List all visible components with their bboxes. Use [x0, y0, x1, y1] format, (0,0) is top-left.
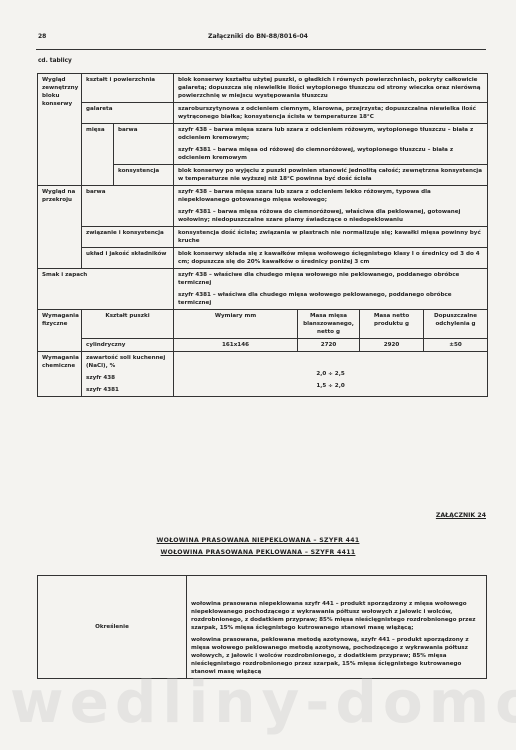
- column-header: Wymiary mm: [174, 310, 298, 339]
- row-label: Wymagania fizyczne: [38, 310, 82, 352]
- sub-label: galareta: [82, 103, 174, 124]
- value: 2,0 ÷ 2,5: [178, 370, 483, 378]
- header-rule: [36, 49, 486, 50]
- parameter-label: zawartość soli kuchennej (NaCl), %: [86, 354, 169, 370]
- description-cell: blok konserwy składa się z kawałków mięs…: [174, 248, 488, 269]
- sub-label: kształt i powierzchnia: [82, 74, 174, 103]
- paragraph: szyfr 438 – barwa mięsa szara lub szara …: [178, 188, 483, 204]
- continuation-label: cd. tablicy: [38, 58, 72, 64]
- table-cell: zawartość soli kuchennej (NaCl), % szyfr…: [82, 352, 174, 397]
- code-label: szyfr 4381: [86, 386, 169, 394]
- table-row: Smak i zapach szyfr 438 – właściwe dla c…: [38, 269, 488, 310]
- description-cell: wołowina prasowana niepeklowana szyfr 44…: [187, 576, 487, 679]
- sub-sub-label: barwa: [114, 124, 174, 165]
- row-label: Wygląd zewnętrzny bloku konserwy: [38, 74, 82, 186]
- row-label: Wygląd na przekroju: [38, 186, 82, 269]
- table-row: Określenie wołowina prasowana niepeklowa…: [38, 576, 487, 679]
- column-header: Masa mięsa blanszowanego, netto g: [298, 310, 360, 339]
- annex-label: ZAŁĄCZNIK 24: [436, 512, 486, 519]
- description-cell: szyfr 438 – właściwe dla chudego mięsa w…: [174, 269, 488, 310]
- sub-label: układ i jakość składników: [82, 248, 174, 269]
- sub-label: barwa: [82, 186, 174, 227]
- table-row: Wymagania fizyczne Kształt puszki Wymiar…: [38, 310, 488, 339]
- paragraph: szyfr 438 – właściwe dla chudego mięsa w…: [178, 271, 483, 287]
- paragraph: szyfr 438 – barwa mięsa szara lub szara …: [178, 126, 483, 142]
- running-title: Załączniki do BN-88/8016-04: [0, 33, 516, 40]
- table-row: mięsa barwa szyfr 438 – barwa mięsa szar…: [38, 124, 488, 165]
- description-cell: blok konserwy po wyjęciu z puszki powini…: [174, 165, 488, 186]
- description-cell: blok konserwy kształtu użytej puszki, o …: [174, 74, 488, 103]
- table-row: układ i jakość składników blok konserwy …: [38, 248, 488, 269]
- row-label: Wymagania chemiczne: [38, 352, 82, 397]
- table-row: galareta szaroburszytynowa z odcieniem c…: [38, 103, 488, 124]
- paragraph: szyfr 4381 – barwa mięsa różowa do ciemn…: [178, 208, 483, 224]
- paragraph: wołowina prasowana niepeklowana szyfr 44…: [191, 600, 482, 632]
- table-row: związanie i konsystencja konsystencja do…: [38, 227, 488, 248]
- table-row: cylindryczny 161x146 2720 2920 ±50: [38, 339, 488, 352]
- value: 1,5 ÷ 2,0: [178, 382, 483, 390]
- sub-label: mięsa: [82, 124, 114, 186]
- description-cell: szyfr 438 – barwa mięsa szara lub szara …: [174, 186, 488, 227]
- column-header: Masa netto produktu g: [360, 310, 424, 339]
- description-cell: szaroburszytynowa z odcieniem ciemnym, k…: [174, 103, 488, 124]
- column-header: Kształt puszki: [82, 310, 174, 339]
- paragraph: szyfr 4381 – właściwa dla chudego mięsa …: [178, 291, 483, 307]
- paragraph: wołowina prasowana, peklowana metodą azo…: [191, 636, 482, 676]
- description-cell: szyfr 438 – barwa mięsa szara lub szara …: [174, 124, 488, 165]
- definition-table: Określenie wołowina prasowana niepeklowa…: [37, 575, 487, 679]
- table-cell: cylindryczny: [82, 339, 174, 352]
- table-cell: 161x146: [174, 339, 298, 352]
- row-label: Smak i zapach: [38, 269, 174, 310]
- table-row: Wygląd na przekroju barwa szyfr 438 – ba…: [38, 186, 488, 227]
- row-label: Określenie: [38, 576, 187, 679]
- paragraph: szyfr 4381 – barwa mięsa od różowej do c…: [178, 146, 483, 162]
- table-cell: 2920: [360, 339, 424, 352]
- requirements-table: Wygląd zewnętrzny bloku konserwy kształt…: [37, 73, 488, 397]
- table-cell: 2,0 ÷ 2,5 1,5 ÷ 2,0: [174, 352, 488, 397]
- sub-sub-label: konsystencja: [114, 165, 174, 186]
- code-label: szyfr 438: [86, 374, 169, 382]
- sub-label: związanie i konsystencja: [82, 227, 174, 248]
- table-row: Wygląd zewnętrzny bloku konserwy kształt…: [38, 74, 488, 103]
- table-cell: ±50: [424, 339, 488, 352]
- description-cell: konsystencja dość ścisła; związania w pl…: [174, 227, 488, 248]
- table-row: Wymagania chemiczne zawartość soli kuche…: [38, 352, 488, 397]
- annex-subtitle: WOŁOWINA PRASOWANA PEKLOWANA – SZYFR 441…: [0, 549, 516, 556]
- table-cell: 2720: [298, 339, 360, 352]
- annex-title: WOŁOWINA PRASOWANA NIEPEKLOWANA – SZYFR …: [0, 537, 516, 544]
- column-header: Dopuszczalne odchylenia g: [424, 310, 488, 339]
